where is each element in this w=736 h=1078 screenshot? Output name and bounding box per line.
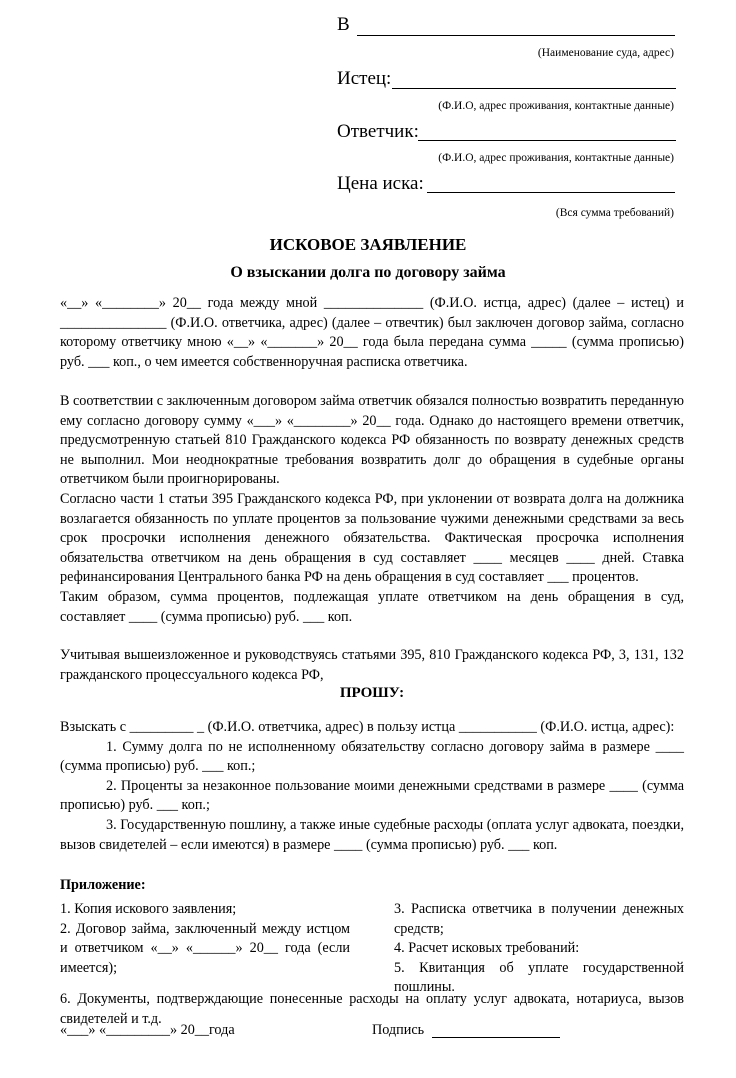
court-label: В bbox=[337, 14, 350, 36]
defendant-hint: (Ф.И.О, адрес проживания, контактные дан… bbox=[438, 152, 674, 164]
date-field: «___» «_________» 20__года bbox=[60, 1022, 235, 1039]
request-intro: Взыскать с _________ _ (Ф.И.О. ответчика… bbox=[60, 718, 684, 738]
appendix-item: 3. Расписка ответчика в получении денежн… bbox=[394, 900, 684, 939]
requests-block: Взыскать с _________ _ (Ф.И.О. ответчика… bbox=[60, 718, 684, 855]
paragraph-interest-total: Таким образом, сумма процентов, подлежащ… bbox=[60, 588, 684, 627]
claim-price-hint: (Вся сумма требований) bbox=[556, 207, 674, 219]
request-item: 3. Государственную пошлину, а также иные… bbox=[60, 816, 684, 855]
paragraph-text: Согласно части 1 статьи 395 Гражданского… bbox=[60, 490, 684, 588]
paragraph-legal-basis: Учитывая вышеизложенное и руководствуясь… bbox=[60, 646, 684, 685]
document-title: ИСКОВОЕ ЗАЯВЛЕНИЕ bbox=[0, 235, 736, 255]
claim-price-field[interactable] bbox=[427, 192, 675, 193]
appendix-heading: Приложение: bbox=[60, 876, 684, 896]
court-field[interactable] bbox=[357, 35, 675, 36]
paragraph-text: В соответствии с заключенным договором з… bbox=[60, 392, 684, 490]
defendant-field[interactable] bbox=[418, 140, 676, 141]
defendant-label: Ответчик: bbox=[337, 121, 419, 143]
signature-label: Подпись bbox=[372, 1022, 424, 1039]
request-item: 1. Сумму долга по не исполненному обязат… bbox=[60, 738, 684, 777]
plaintiff-label: Истец: bbox=[337, 68, 391, 90]
plaintiff-field[interactable] bbox=[392, 88, 676, 89]
document-subtitle: О взыскании долга по договору займа bbox=[0, 264, 736, 282]
paragraph-loan-agreement: «__» «________» 20__ года между мной ___… bbox=[60, 294, 684, 372]
appendix-item: 4. Расчет исковых требований: bbox=[394, 939, 684, 959]
plaintiff-hint: (Ф.И.О, адрес проживания, контактные дан… bbox=[438, 100, 674, 112]
court-hint: (Наименование суда, адрес) bbox=[538, 47, 674, 59]
appendix-item: 2. Договор займа, заключенный между истц… bbox=[60, 920, 350, 979]
paragraph-interest: Согласно части 1 статьи 395 Гражданского… bbox=[60, 490, 684, 627]
signature-field[interactable] bbox=[432, 1037, 560, 1038]
request-item: 2. Проценты за незаконное пользование мо… bbox=[60, 777, 684, 816]
paragraph-obligation: В соответствии с заключенным договором з… bbox=[60, 392, 684, 490]
paragraph-text: Учитывая вышеизложенное и руководствуясь… bbox=[60, 646, 684, 685]
appendix-right-column: 3. Расписка ответчика в получении денежн… bbox=[394, 900, 684, 998]
appendix-item: 1. Копия искового заявления; bbox=[60, 900, 350, 920]
request-heading: ПРОШУ: bbox=[60, 684, 684, 704]
claim-price-label: Цена иска: bbox=[337, 173, 424, 195]
paragraph-text: «__» «________» 20__ года между мной ___… bbox=[60, 294, 684, 372]
appendix-left-column: 1. Копия искового заявления; 2. Договор … bbox=[60, 900, 350, 978]
